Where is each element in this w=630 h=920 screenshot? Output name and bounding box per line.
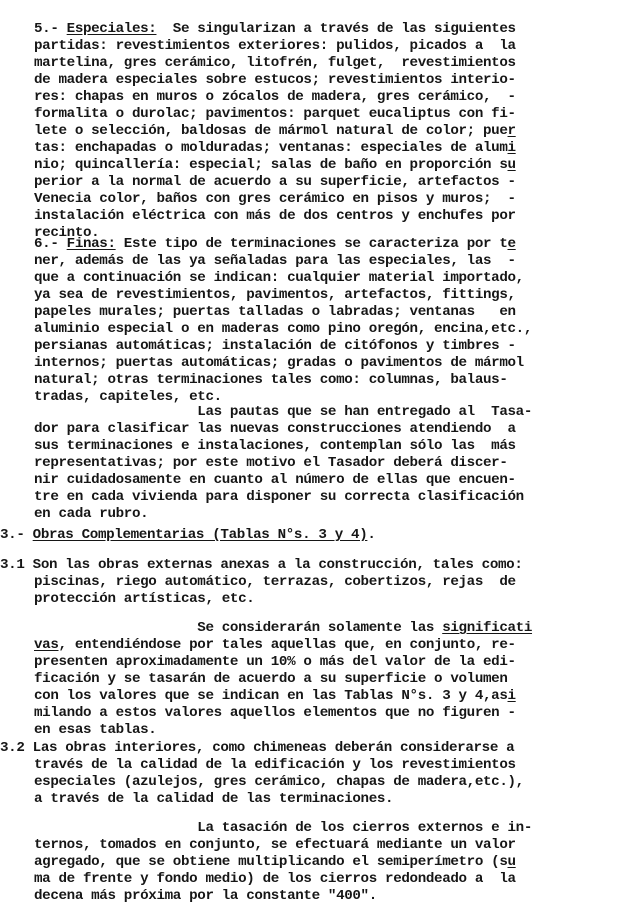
text-line: ficación y se tasarán de acuerdo a su su… [34,671,508,688]
text-line: con los valores que se indican en las Ta… [34,688,516,705]
text-run: agregado, que se obtiene multiplicando e… [34,854,508,870]
text-line: persianas automáticas; instalación de ci… [34,338,516,355]
text-run: con los valores que se indican en las Ta… [34,688,508,704]
text-line: 3.1 Son las obras externas anexas a la c… [0,557,523,574]
text-run: ma de frente y fondo medio) de los cierr… [34,871,516,887]
text-line: ma de frente y fondo medio) de los cierr… [34,871,516,888]
text-line: especiales (azulejos, gres cerámico, cha… [34,774,524,791]
text-line: tre en cada vivienda para disponer su co… [34,489,524,506]
text-line: Las pautas que se han entregado al Tasa- [34,404,532,421]
text-run: de madera especiales sobre estucos; reve… [34,72,516,88]
underlined-text: significati [442,620,532,636]
text-run: instalación eléctrica con más de dos cen… [34,208,516,224]
text-run: protección artísticas, etc. [34,591,254,607]
text-run: internos; puertas automáticas; gradas o … [34,355,524,371]
text-line: representativas; por este motivo el Tasa… [34,455,508,472]
text-run: nir cuidadosamente en cuanto al número d… [34,472,516,488]
text-line: ternos, tomados en conjunto, se efectuar… [34,837,516,854]
text-run: res: chapas en muros o zócalos de madera… [34,89,516,105]
underlined-text: i [508,140,516,156]
text-run: La tasación de los cierros externos e in… [34,820,532,836]
text-line: partidas: revestimientos exteriores: pul… [34,38,516,55]
text-run: papeles murales; puertas talladas o labr… [34,304,516,320]
text-line: de madera especiales sobre estucos; reve… [34,72,516,89]
typewritten-page: 5.- Especiales: Se singularizan a través… [0,0,630,920]
text-run: en esas tablas. [34,722,156,738]
text-line: ner, además de las ya señaladas para las… [34,253,516,270]
text-run: 5.- [34,21,67,37]
text-line: dor para clasificar las nuevas construcc… [34,421,516,438]
text-line: piscinas, riego automático, terrazas, co… [34,574,516,591]
text-run: sus terminaciones e instalaciones, conte… [34,438,516,454]
text-line: decena más próxima por la constante "400… [34,888,377,905]
text-run: , entendiéndose por tales aquellas que, … [59,637,516,653]
text-line: ya sea de revestimientos, pavimentos, ar… [34,287,516,304]
text-line: res: chapas en muros o zócalos de madera… [34,89,516,106]
text-line: 5.- Especiales: Se singularizan a través… [34,21,516,38]
text-line: nir cuidadosamente en cuanto al número d… [34,472,516,489]
text-run: natural; otras terminaciones tales como:… [34,372,508,388]
underlined-text: r [508,123,516,139]
text-line: natural; otras terminaciones tales como:… [34,372,508,389]
text-run: Se singularizan a través de las siguient… [156,21,515,37]
text-run: decena más próxima por la constante "400… [34,888,377,904]
text-run: Venecia color, baños con gres cerámico e… [34,191,516,207]
text-line: instalación eléctrica con más de dos cen… [34,208,516,225]
underlined-text: u [508,854,516,870]
text-run: tre en cada vivienda para disponer su co… [34,489,524,505]
text-run: tradas, capiteles, etc. [34,389,222,405]
text-run: 3.1 Son las obras externas anexas a la c… [0,557,523,573]
text-line: formalita o durolac; pavimentos: parquet… [34,106,516,123]
text-line: en cada rubro. [34,506,148,523]
text-run: 3.- [0,527,33,543]
underlined-text: e [508,236,516,252]
text-line: 3.- Obras Complementarias (Tablas N°s. 3… [0,527,376,544]
text-line: lete o selección, baldosas de mármol nat… [34,123,516,140]
underlined-text: Obras Complementarias (Tablas N°s. 3 y 4… [33,527,368,543]
text-line: sus terminaciones e instalaciones, conte… [34,438,516,455]
text-line: 3.2 Las obras interiores, como chimeneas… [0,740,514,757]
text-run: partidas: revestimientos exteriores: pul… [34,38,516,54]
text-line: presenten aproximadamente un 10% o más d… [34,654,516,671]
text-run: lete o selección, baldosas de mármol nat… [34,123,508,139]
text-run: que a continuación se indican: cualquier… [34,270,524,286]
text-line: perior a la normal de acuerdo a su super… [34,174,516,191]
text-run: ya sea de revestimientos, pavimentos, ar… [34,287,516,303]
text-run: piscinas, riego automático, terrazas, co… [34,574,516,590]
text-run: presenten aproximadamente un 10% o más d… [34,654,516,670]
text-line: nio; quincallería: especial; salas de ba… [34,157,516,174]
text-run: a través de la calidad de las terminacio… [34,791,393,807]
text-run: milando a estos valores aquellos element… [34,705,516,721]
text-line: tas: enchapadas o molduradas; ventanas: … [34,140,516,157]
text-line: aluminio especial o en maderas como pino… [34,321,532,338]
text-line: Se considerarán solamente las significat… [34,620,532,637]
text-line: protección artísticas, etc. [34,591,254,608]
underlined-text: Especiales: [67,21,157,37]
text-line: vas, entendiéndose por tales aquellas qu… [34,637,516,654]
text-run: martelina, gres cerámico, litofrén, fulg… [34,55,516,71]
text-run: Se considerarán solamente las [34,620,442,636]
text-run: persianas automáticas; instalación de ci… [34,338,516,354]
text-run: 6.- [34,236,67,252]
text-run: aluminio especial o en maderas como pino… [34,321,532,337]
text-line: que a continuación se indican: cualquier… [34,270,524,287]
text-run: 3.2 Las obras interiores, como chimeneas… [0,740,514,756]
text-line: en esas tablas. [34,722,156,739]
text-run: formalita o durolac; pavimentos: parquet… [34,106,516,122]
text-line: papeles murales; puertas talladas o labr… [34,304,516,321]
text-line: La tasación de los cierros externos e in… [34,820,532,837]
text-line: través de la calidad de la edificación y… [34,757,516,774]
underlined-text: i [508,688,516,704]
text-run: en cada rubro. [34,506,148,522]
text-run: ficación y se tasarán de acuerdo a su su… [34,671,508,687]
underlined-text: Finas: [67,236,116,252]
underlined-text: vas [34,637,59,653]
text-line: a través de la calidad de las terminacio… [34,791,393,808]
text-line: Venecia color, baños con gres cerámico e… [34,191,516,208]
text-line: 6.- Finas: Este tipo de terminaciones se… [34,236,516,253]
text-run: ner, además de las ya señaladas para las… [34,253,516,269]
text-line: internos; puertas automáticas; gradas o … [34,355,524,372]
text-run: perior a la normal de acuerdo a su super… [34,174,516,190]
text-run: especiales (azulejos, gres cerámico, cha… [34,774,524,790]
text-run: Las pautas que se han entregado al Tasa- [34,404,532,420]
text-run: nio; quincallería: especial; salas de ba… [34,157,508,173]
text-run: . [367,527,375,543]
text-run: tas: enchapadas o molduradas; ventanas: … [34,140,508,156]
text-line: agregado, que se obtiene multiplicando e… [34,854,516,871]
text-run: representativas; por este motivo el Tasa… [34,455,508,471]
text-run: través de la calidad de la edificación y… [34,757,516,773]
text-line: martelina, gres cerámico, litofrén, fulg… [34,55,516,72]
text-run: dor para clasificar las nuevas construcc… [34,421,516,437]
text-run: Este tipo de terminaciones se caracteriz… [116,236,508,252]
text-line: milando a estos valores aquellos element… [34,705,516,722]
text-run: ternos, tomados en conjunto, se efectuar… [34,837,516,853]
underlined-text: u [508,157,516,173]
